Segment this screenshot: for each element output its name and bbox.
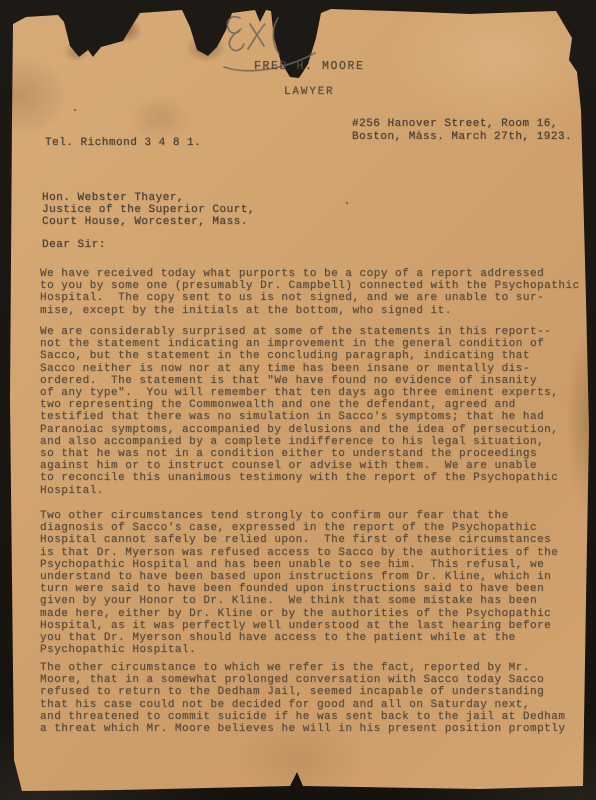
recipient-address-block: Hon. Webster Thayer, Justice of the Supe… [42,192,255,229]
letterhead-name: FRED H. MOORE [254,61,365,73]
letter-paragraph: We have received today what purports to … [40,268,580,317]
telephone-line: Tel. Richmond 3 4 8 1. [45,137,201,149]
sender-address-date: #256 Hanover Street, Room 16, Boston, Ma… [352,118,572,144]
photographed-letter: FRED H. MOORE LAWYER Tel. Richmond 3 4 8… [0,0,596,800]
salutation: Dear Sir: [42,239,106,251]
letter-paragraph: We are considerably surprised at some of… [40,326,558,497]
letter-paragraph: Two other circumstances tend strongly to… [40,510,558,656]
letter-paragraph: The other circumstance to which we refer… [40,662,565,735]
letterhead-title: LAWYER [284,86,334,98]
